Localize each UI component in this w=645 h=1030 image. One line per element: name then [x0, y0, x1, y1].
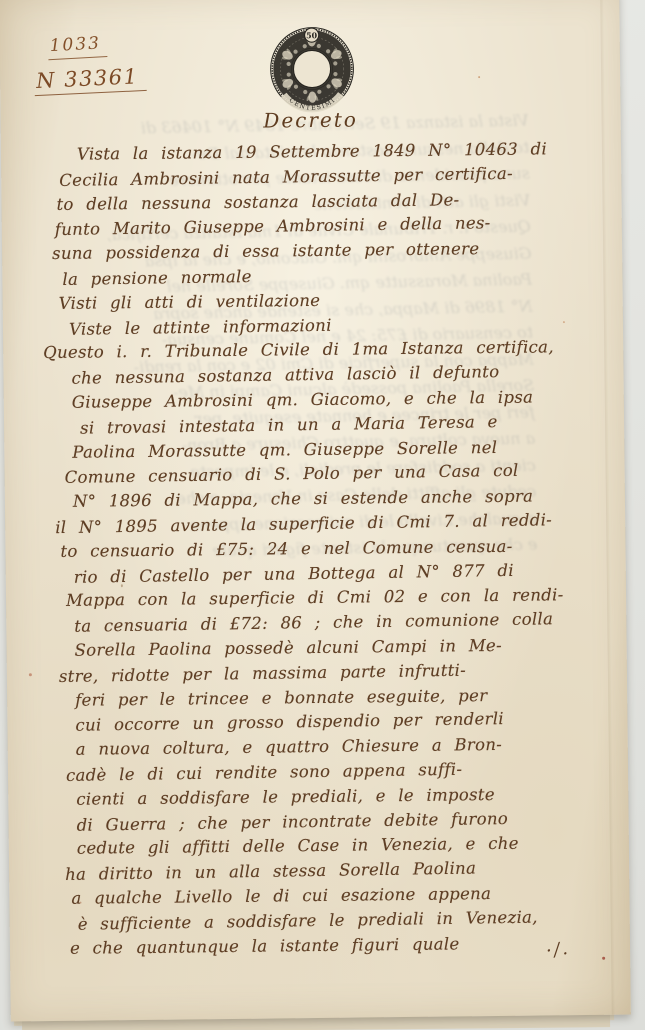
revenue-stamp-seal: 50 CENTESIMI [268, 22, 357, 117]
stamp-denomination: 50 [306, 31, 318, 40]
manuscript-body: Vista la istanza 19 Settembre 1849 N° 10… [1, 137, 630, 962]
protocol-number: N 33361 [34, 64, 147, 96]
paper-speck [602, 957, 605, 960]
continuation-mark: ·/. [545, 938, 571, 962]
registry-number: 1033 [47, 33, 107, 60]
document-title: Decreto [1, 105, 621, 136]
photograph-background: Vista la istanza 19 Settembre 1849 N° 10… [0, 0, 645, 1030]
paper-speck [478, 76, 480, 78]
manuscript-page: Vista la istanza 19 Settembre 1849 N° 10… [0, 0, 631, 1021]
